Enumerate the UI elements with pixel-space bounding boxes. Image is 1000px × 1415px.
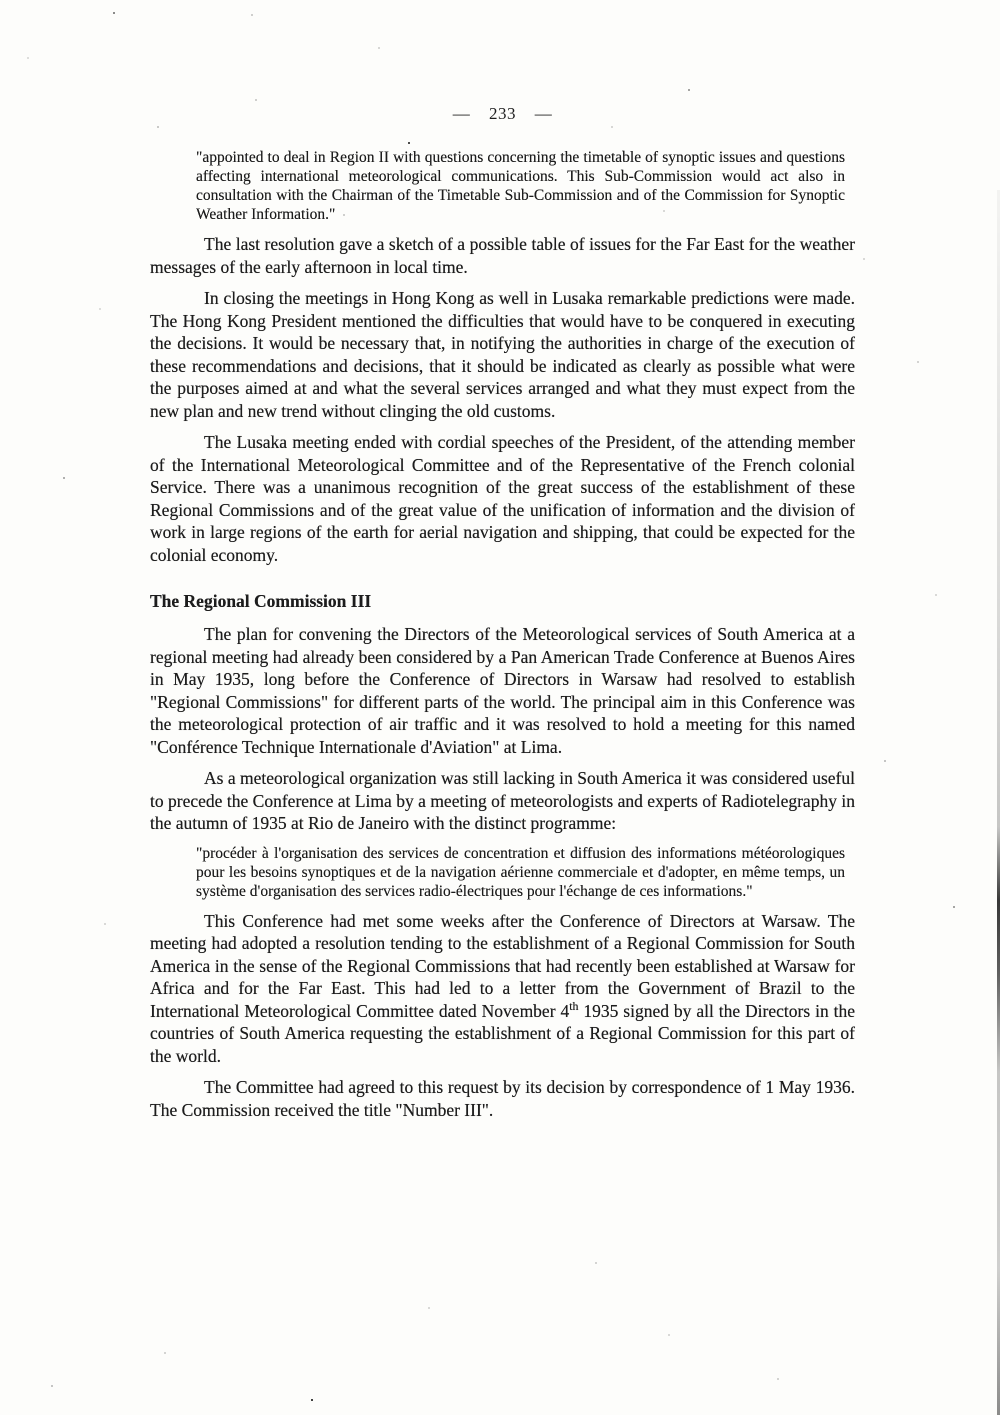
- paragraph-plan-convening: The plan for convening the Directors of …: [150, 623, 855, 758]
- document-page: — 233 — "appointed to deal in Region II …: [0, 0, 1000, 1415]
- document-body: "appointed to deal in Region II with que…: [150, 148, 855, 1121]
- paragraph-meteorological-organization: As a meteorological organization was sti…: [150, 767, 855, 835]
- paragraph-conference-met: This Conference had met some weeks after…: [150, 910, 855, 1068]
- paragraph-lusaka-meeting: The Lusaka meeting ended with cordial sp…: [150, 431, 855, 566]
- page-number: — 233 —: [150, 103, 855, 125]
- paragraph-committee-agreed: The Committee had agreed to this request…: [150, 1076, 855, 1121]
- section-heading-regional-commission-iii: The Regional Commission III: [150, 590, 855, 612]
- paragraph-last-resolution: The last resolution gave a sketch of a p…: [150, 233, 855, 278]
- scan-noise-speckles: [0, 0, 1, 1]
- block-quote-french-programme: "procéder à l'organisation des services …: [196, 844, 845, 901]
- block-quote-region-2: "appointed to deal in Region II with que…: [196, 148, 845, 224]
- paragraph-closing-meetings: In closing the meetings in Hong Kong as …: [150, 287, 855, 422]
